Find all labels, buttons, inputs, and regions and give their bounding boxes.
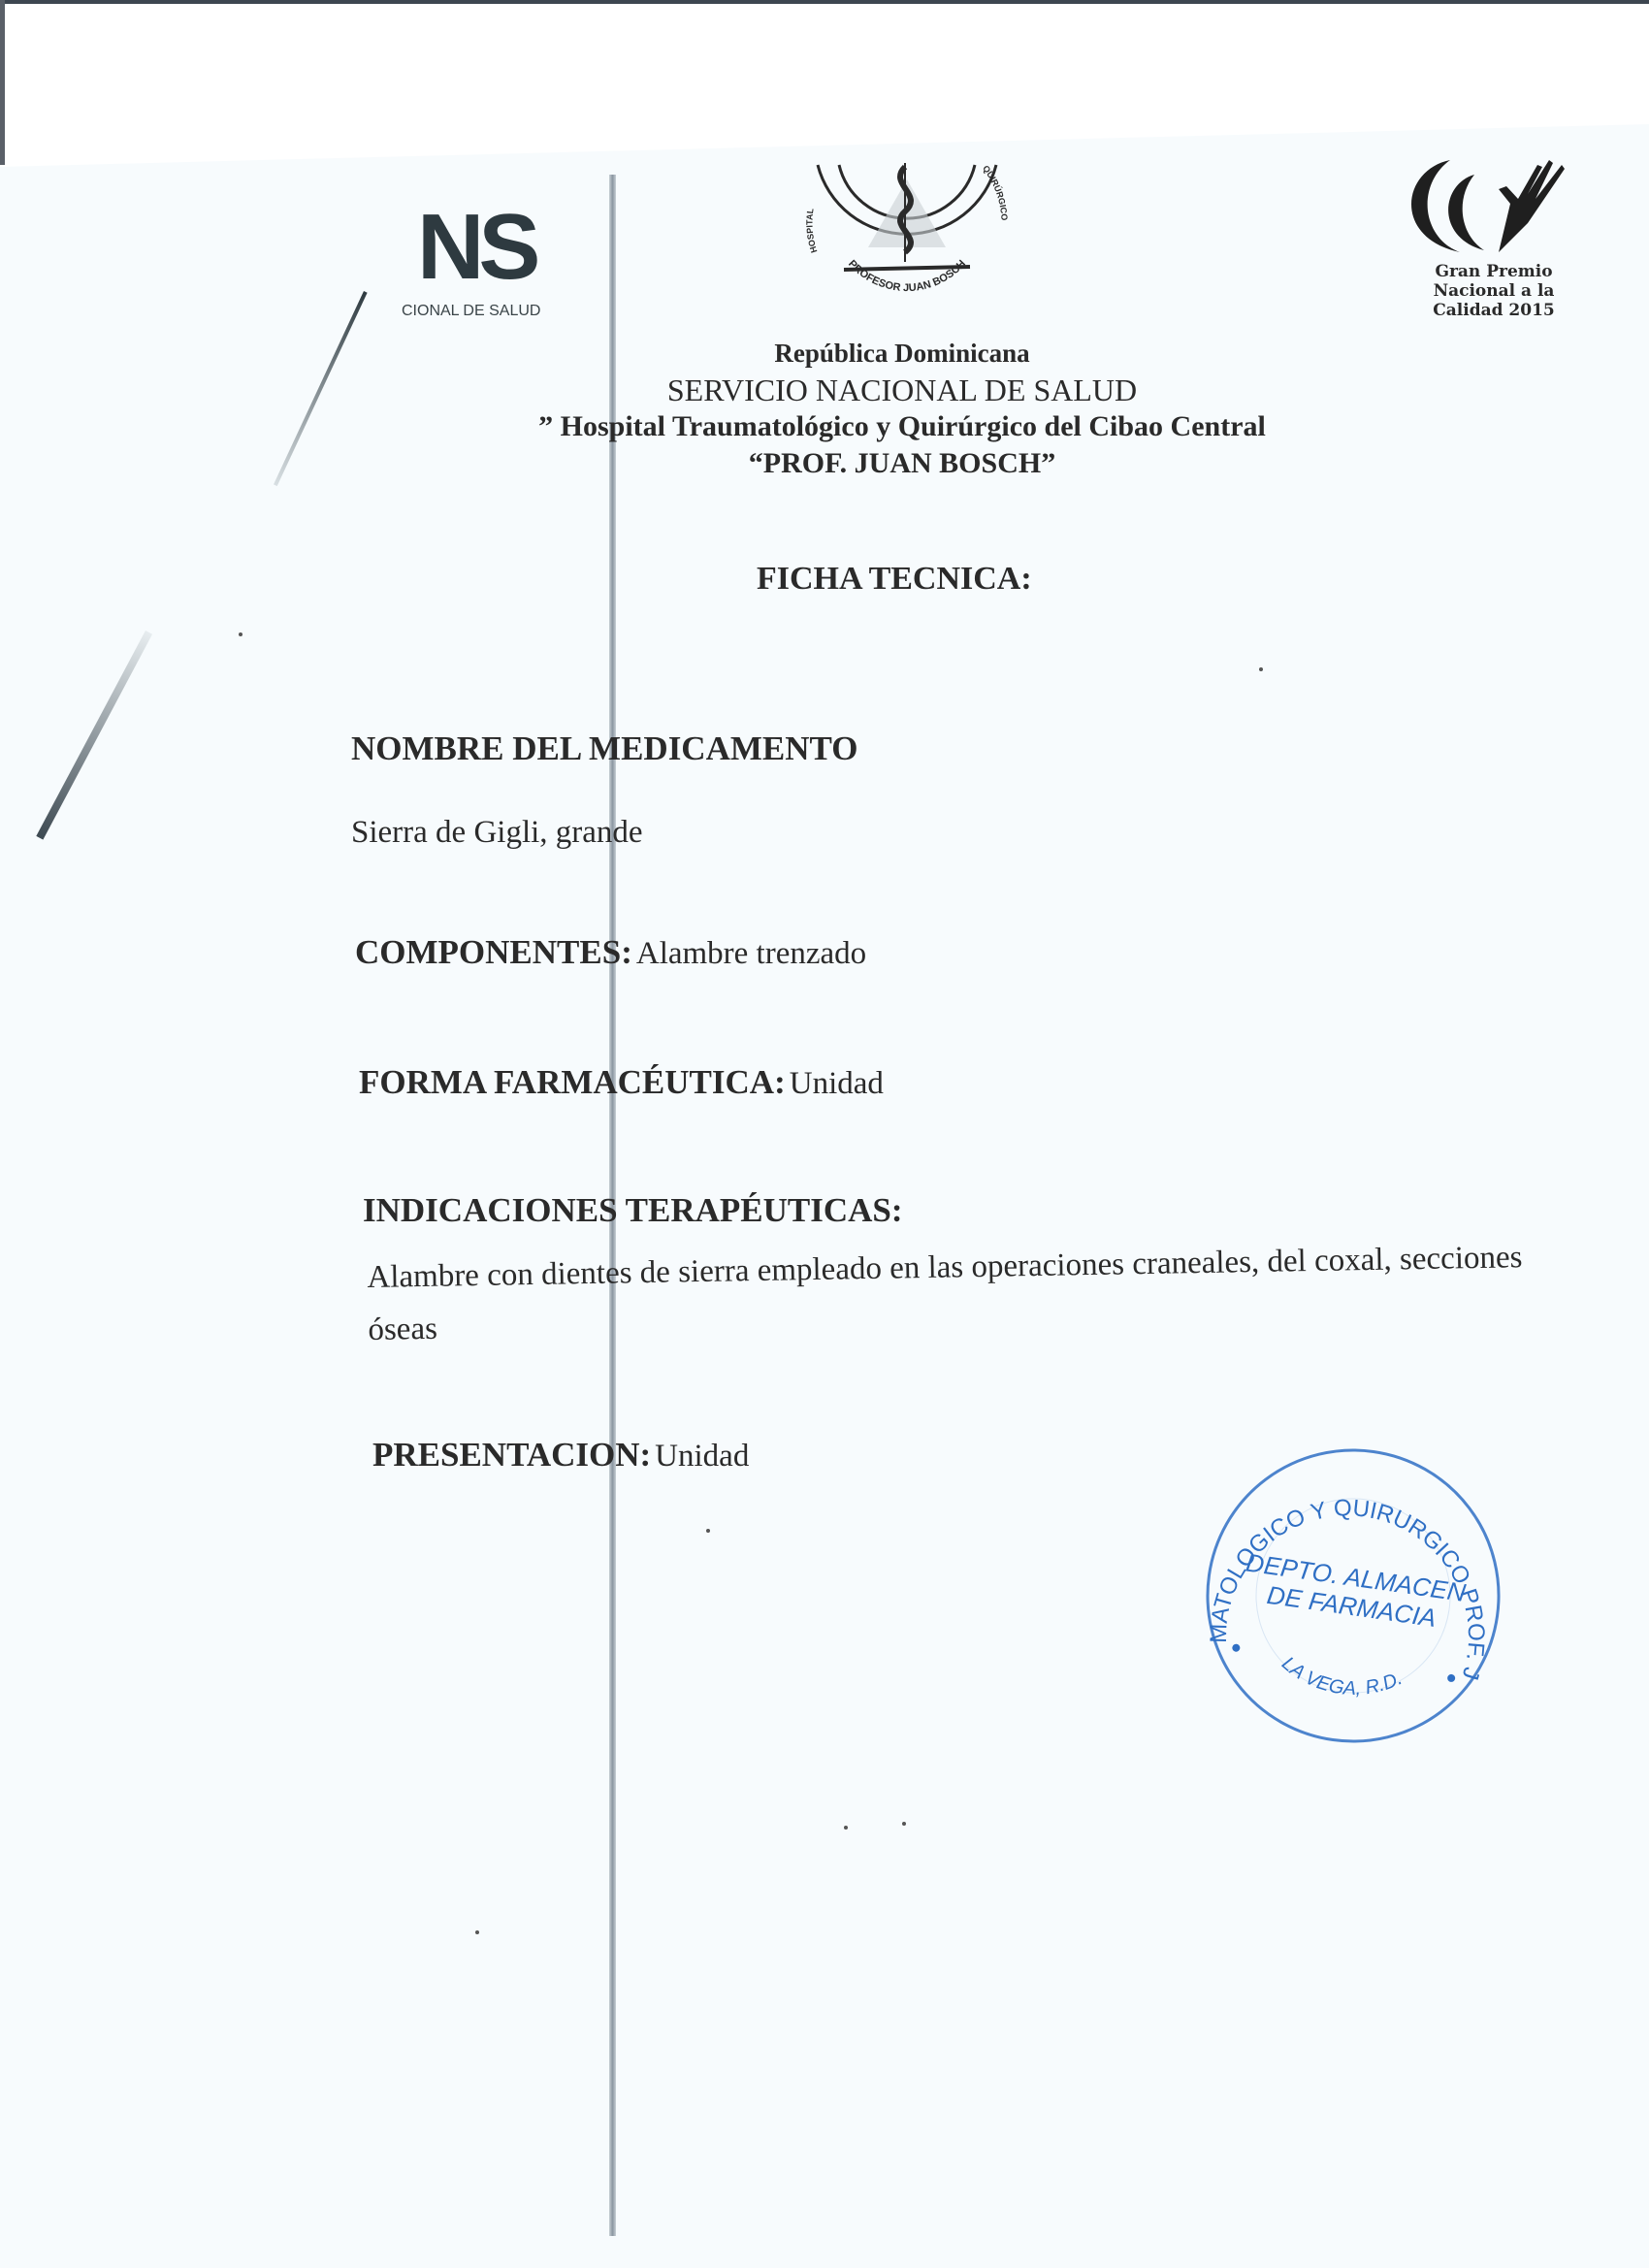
scan-speck: [844, 1826, 848, 1830]
scan-speck: [902, 1822, 906, 1826]
pharmacy-stamp-icon: HOSP. TRAUMATOLOGICO Y QUIRURGICO PROF. …: [1198, 1441, 1508, 1751]
field-label-pharmaceutical-form: FORMA FARMACÉUTICA:: [359, 1063, 786, 1101]
scan-speck: [239, 632, 242, 636]
letterhead-hospital: ” Hospital Traumatológico y Quirúrgico d…: [456, 408, 1348, 445]
field-value-components: Alambre trenzado: [636, 936, 866, 971]
award-line-3: Calidad 2015: [1411, 301, 1576, 320]
scan-speck: [1259, 667, 1263, 671]
letterhead: República Dominicana SERVICIO NACIONAL D…: [456, 335, 1348, 482]
award-line-2: Nacional a la: [1411, 281, 1576, 301]
field-value-pharmaceutical-form: Unidad: [790, 1066, 884, 1101]
hospital-seal-icon: PROFESOR JUAN BOSCH HOSPITAL QUIRÚRGICO: [800, 155, 1014, 310]
scan-top-edge: [0, 0, 1649, 4]
field-label-indications: INDICACIONES TERAPÉUTICAS:: [363, 1191, 903, 1230]
field-value-presentation: Unidad: [655, 1439, 749, 1474]
award-line-1: Gran Premio: [1411, 262, 1576, 281]
field-label-presentation: PRESENTACION:: [372, 1436, 651, 1474]
letterhead-institution: SERVICIO NACIONAL DE SALUD: [456, 372, 1348, 408]
field-presentation: PRESENTACION: Unidad: [372, 1436, 749, 1474]
field-components: COMPONENTES: Alambre trenzado: [355, 933, 866, 972]
svg-text:HOSPITAL: HOSPITAL: [804, 208, 819, 254]
scan-speck: [706, 1529, 710, 1533]
field-pharmaceutical-form: FORMA FARMACÉUTICA: Unidad: [359, 1063, 884, 1102]
svg-text:PROFESOR JUAN BOSCH: PROFESOR JUAN BOSCH: [846, 258, 968, 294]
sns-logo-letters: NS: [417, 194, 534, 301]
scan-artifact-slash: [274, 291, 368, 486]
svg-text:LA VEGA, R.D.: LA VEGA, R.D.: [1275, 1651, 1408, 1707]
sns-logo: NS CIONAL DE SALUD: [388, 175, 543, 340]
letterhead-hospital-name: “PROF. JUAN BOSCH”: [456, 445, 1348, 482]
award-emblem-icon: [1382, 146, 1596, 262]
document-title: FICHA TECNICA:: [757, 561, 1032, 598]
scan-left-edge: [0, 0, 5, 165]
field-label-medication-name: NOMBRE DEL MEDICAMENTO: [351, 729, 857, 768]
document-page: NS CIONAL DE SALUD PROFESOR JUAN BOSCH H…: [0, 0, 1649, 2268]
scan-speck: [475, 1930, 479, 1934]
quality-award-logo: Gran Premio Nacional a la Calidad 2015: [1382, 146, 1596, 330]
sns-logo-subtitle: CIONAL DE SALUD: [402, 303, 540, 320]
letterhead-country: República Dominicana: [456, 335, 1348, 372]
field-label-components: COMPONENTES:: [355, 933, 632, 971]
field-value-indications: Alambre con dientes de sierra empleado e…: [367, 1231, 1533, 1356]
scan-artifact-slash-lower: [36, 631, 152, 840]
field-value-medication-name: Sierra de Gigli, grande: [351, 815, 643, 851]
